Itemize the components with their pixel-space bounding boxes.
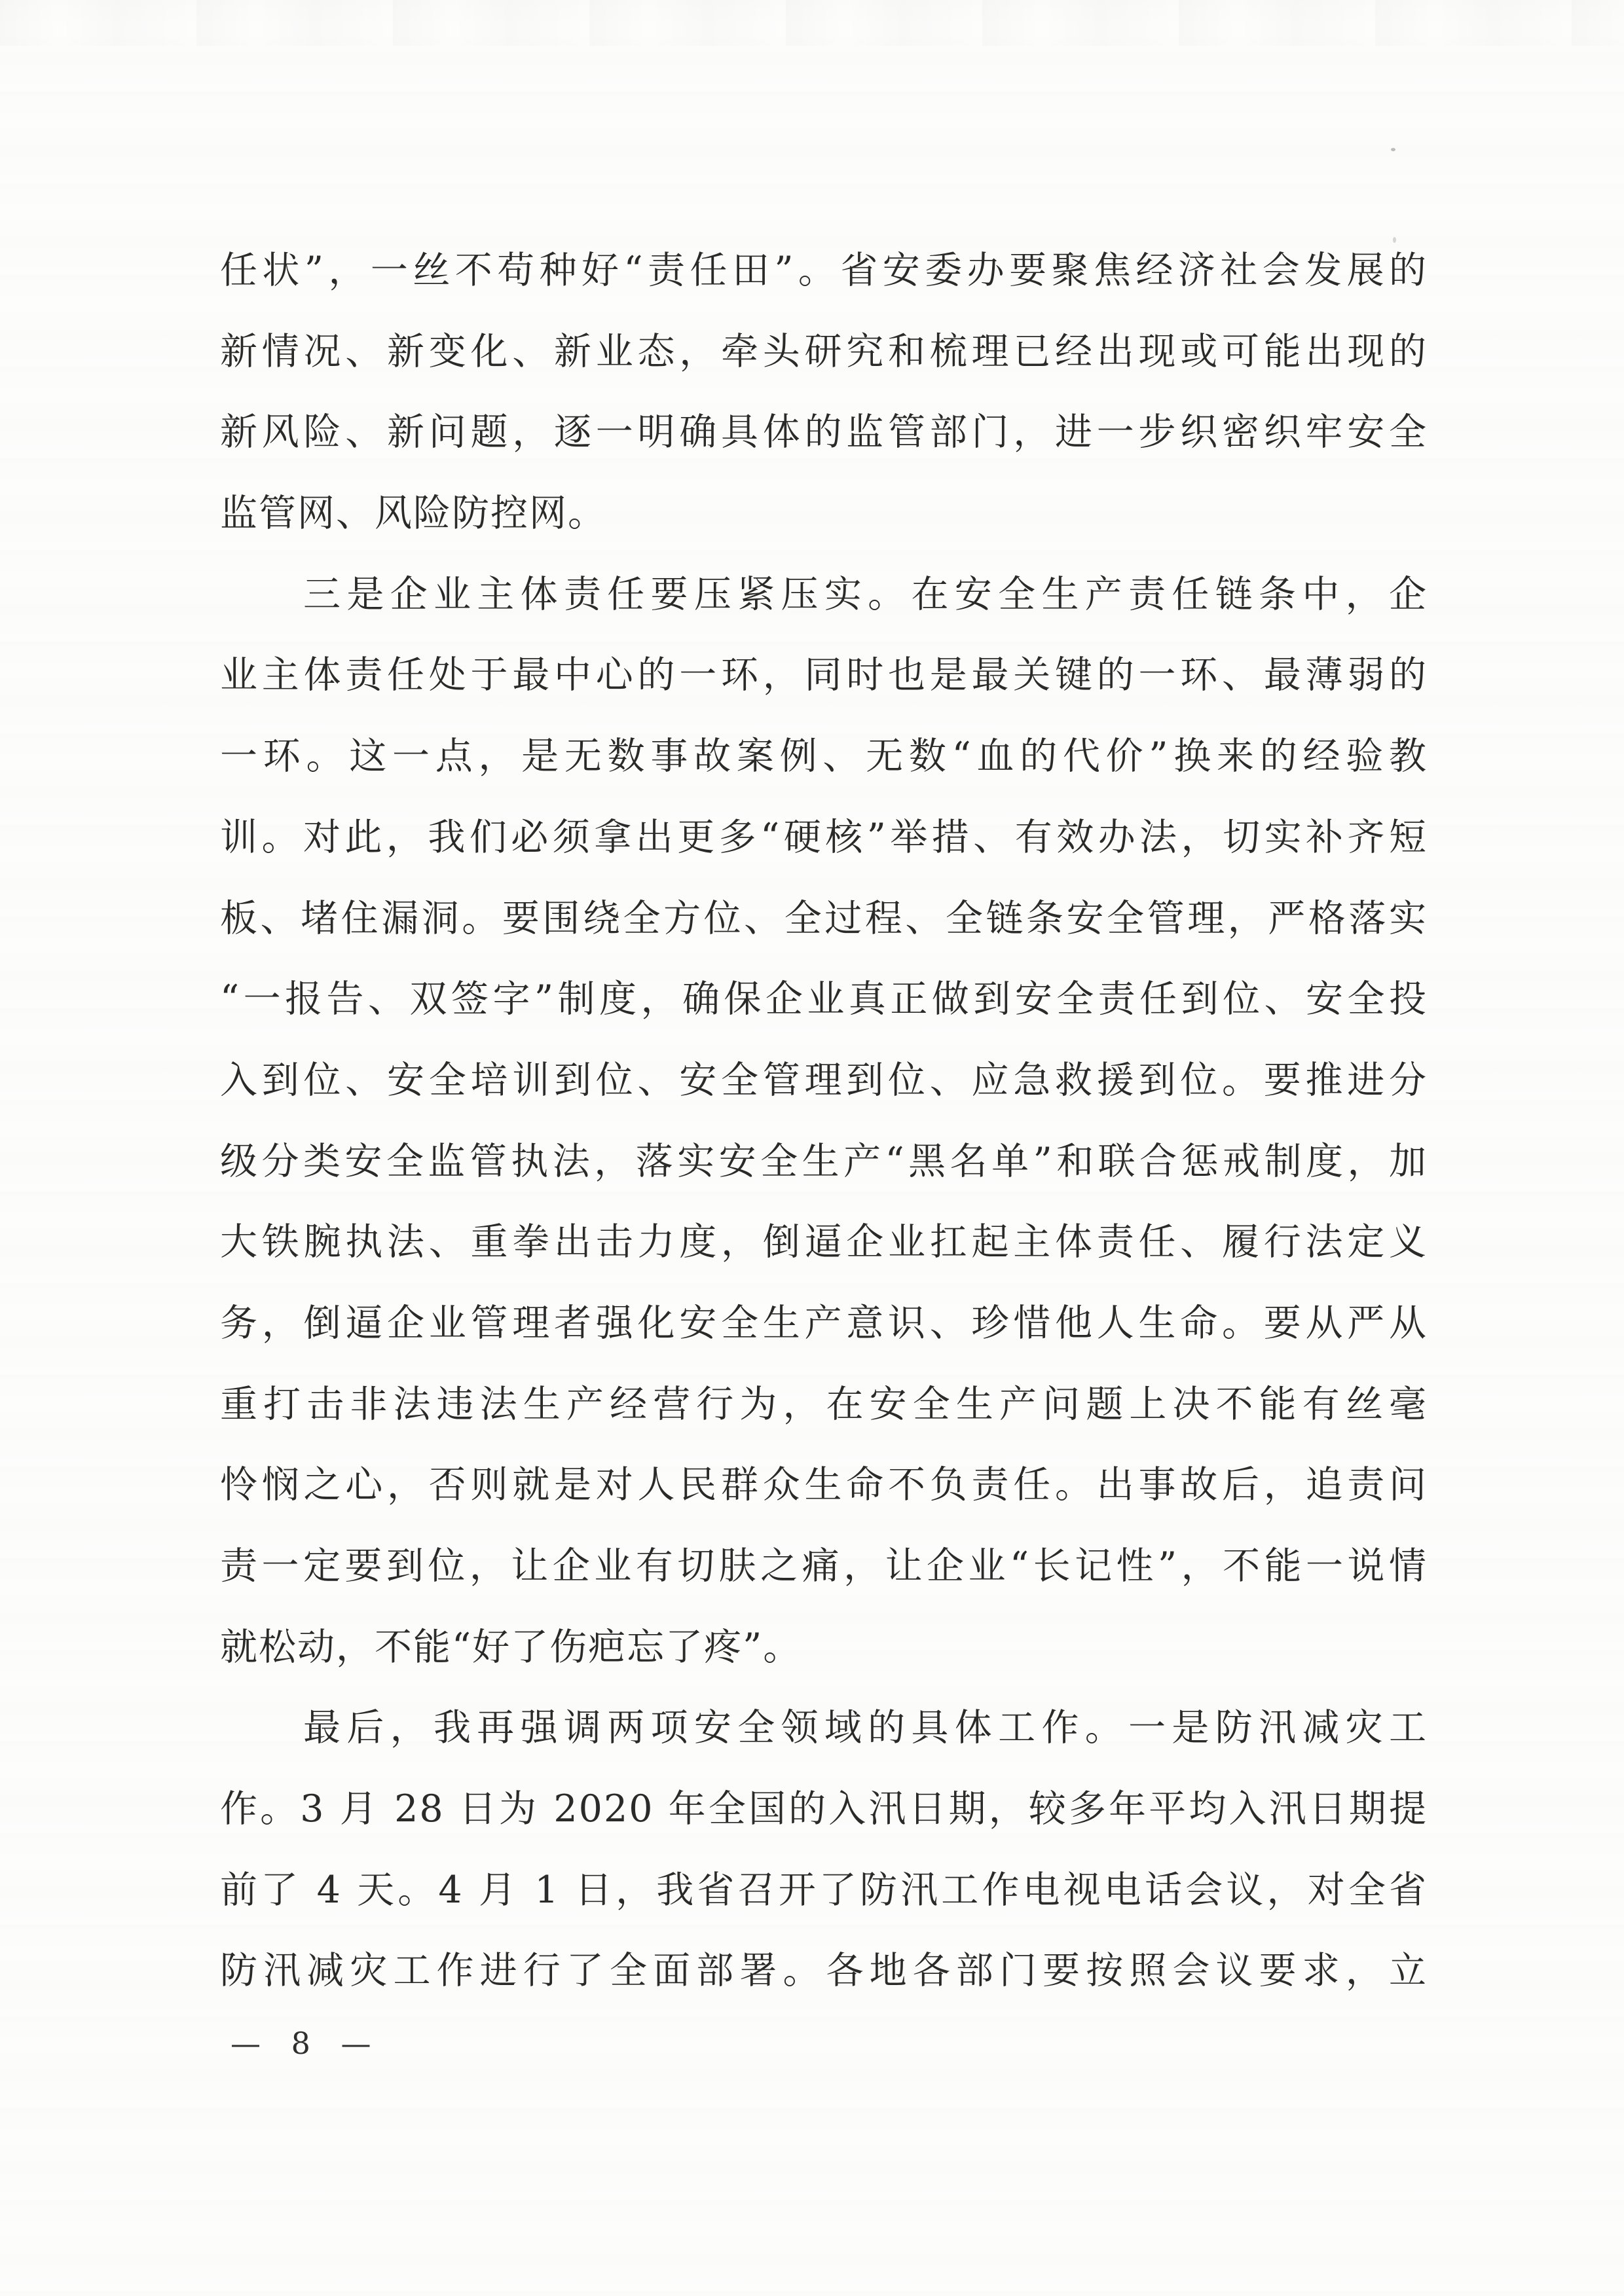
scan-noise-top-band bbox=[0, 0, 1624, 46]
text-line: 就松动，不能“好了伤疤忘了疼”。 bbox=[220, 1607, 1428, 1688]
text-line: 防汛减灾工作进行了全面部署。各地各部门要按照会议要求，立 bbox=[220, 1931, 1428, 2012]
page-number: — 8 — bbox=[231, 2026, 374, 2061]
text-line: 重打击非法违法生产经营行为，在安全生产问题上决不能有丝毫 bbox=[220, 1364, 1428, 1446]
text-line: 任状”，一丝不苟种好“责任田”。省安委办要聚焦经济社会发展的 bbox=[220, 230, 1428, 312]
text-line: 新风险、新问题，逐一明确具体的监管部门，进一步织密织牢安全 bbox=[220, 392, 1428, 473]
text-line: 责一定要到位，让企业有切肤之痛，让企业“长记性”，不能一说情 bbox=[220, 1526, 1428, 1607]
text-line: 入到位、安全培训到位、安全管理到位、应急救援到位。要推进分 bbox=[220, 1040, 1428, 1121]
scan-speck bbox=[1391, 148, 1395, 151]
text-line: 新情况、新变化、新业态，牵头研究和梳理已经出现或可能出现的 bbox=[220, 312, 1428, 393]
text-line: 务，倒逼企业管理者强化安全生产意识、珍惜他人生命。要从严从 bbox=[220, 1283, 1428, 1364]
text-line: 前了 4 天。4 月 1 日，我省召开了防汛工作电视电话会议，对全省 bbox=[220, 1850, 1428, 1931]
document-page: 任状”，一丝不苟种好“责任田”。省安委办要聚焦经济社会发展的 新情况、新变化、新… bbox=[0, 0, 1624, 2296]
text-line: 监管网、风险防控网。 bbox=[220, 473, 1428, 555]
text-line: 大铁腕执法、重拳出击力度，倒逼企业扛起主体责任、履行法定义 bbox=[220, 1202, 1428, 1283]
text-line: 板、堵住漏洞。要围绕全方位、全过程、全链条安全管理，严格落实 bbox=[220, 879, 1428, 960]
text-line: 一环。这一点，是无数事故案例、无数“血的代价”换来的经验教 bbox=[220, 716, 1428, 797]
text-line: “一报告、双签字”制度，确保企业真正做到安全责任到位、安全投 bbox=[220, 959, 1428, 1040]
body-text: 任状”，一丝不苟种好“责任田”。省安委办要聚焦经济社会发展的 新情况、新变化、新… bbox=[220, 230, 1428, 2012]
paragraph: 任状”，一丝不苟种好“责任田”。省安委办要聚焦经济社会发展的 新情况、新变化、新… bbox=[220, 230, 1428, 555]
text-line: 作。3 月 28 日为 2020 年全国的入汛日期，较多年平均入汛日期提 bbox=[220, 1769, 1428, 1850]
text-line: 训。对此，我们必须拿出更多“硬核”举措、有效办法，切实补齐短 bbox=[220, 797, 1428, 879]
text-line: 怜悯之心，否则就是对人民群众生命不负责任。出事故后，追责问 bbox=[220, 1445, 1428, 1526]
text-line: 级分类安全监管执法，落实安全生产“黑名单”和联合惩戒制度，加 bbox=[220, 1121, 1428, 1203]
text-line: 三是企业主体责任要压紧压实。在安全生产责任链条中，企 bbox=[220, 555, 1428, 636]
text-line: 最后，我再强调两项安全领域的具体工作。一是防汛减灾工 bbox=[220, 1688, 1428, 1769]
paragraph: 三是企业主体责任要压紧压实。在安全生产责任链条中，企 业主体责任处于最中心的一环… bbox=[220, 555, 1428, 1688]
paragraph: 最后，我再强调两项安全领域的具体工作。一是防汛减灾工 作。3 月 28 日为 2… bbox=[220, 1688, 1428, 2012]
text-line: 业主体责任处于最中心的一环，同时也是最关键的一环、最薄弱的 bbox=[220, 635, 1428, 716]
